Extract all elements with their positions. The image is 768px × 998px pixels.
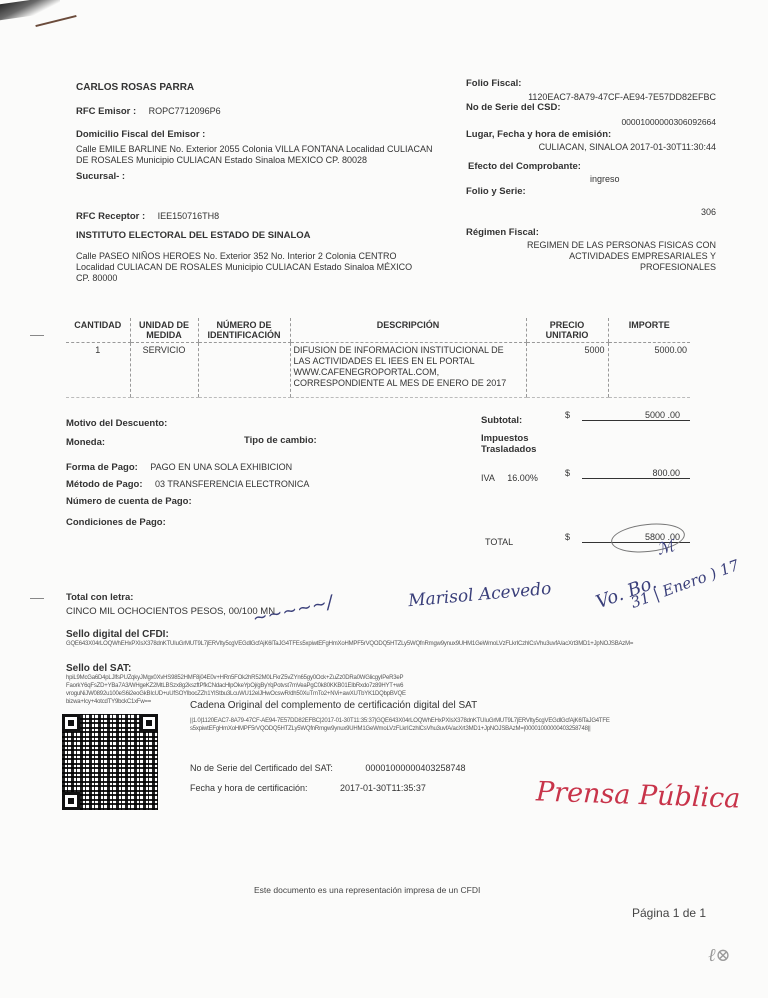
- regimen-line: ACTIVIDADES EMPRESARIALES Y: [466, 251, 716, 262]
- fecha-cert-value: 2017-01-30T11:35:37: [340, 783, 426, 793]
- footer-note: Este documento es una representación imp…: [254, 885, 480, 895]
- fecha-cert-label: Fecha y hora de certificación:: [190, 783, 308, 793]
- rfc-emisor-value: ROPC7712096P6: [149, 106, 221, 116]
- domicilio-emisor-label: Domicilio Fiscal del Emisor :: [76, 129, 446, 140]
- header-numero: NÚMERO DE IDENTIFICACIÓN: [198, 318, 290, 343]
- serie-csd-label: No de Serie del CSD:: [466, 102, 716, 113]
- regimen-line: REGIMEN DE LAS PERSONAS FISICAS CON: [466, 240, 716, 251]
- currency-symbol: $: [565, 410, 570, 420]
- header-unidad: UNIDAD DE MEDIDA: [130, 318, 198, 343]
- tipo-cambio-label: Tipo de cambio:: [244, 435, 317, 446]
- moneda-label: Moneda:: [66, 437, 105, 448]
- rfc-receptor-label: RFC Receptor :: [76, 211, 145, 222]
- sello-sat-label: Sello del SAT:: [66, 663, 716, 674]
- cadena-value: ||1.0|1120EAC7-8A79-47CF-AE94-7E57DD82EF…: [190, 717, 610, 733]
- efecto-value: ingreso: [590, 174, 716, 184]
- regimen-value: REGIMEN DE LAS PERSONAS FISICAS CON ACTI…: [466, 240, 716, 273]
- page-number: Página 1 de 1: [632, 906, 706, 920]
- handwritten-stamp-text: Prensa Pública: [536, 776, 741, 814]
- motivo-descuento-label: Motivo del Descuento:: [66, 418, 167, 429]
- sello-cfdi-label: Sello digital del CFDI:: [66, 629, 716, 640]
- sucursal-label: Sucursal- :: [76, 171, 446, 182]
- forma-pago-row: Forma de Pago: PAGO EN UNA SOLA EXHIBICI…: [66, 457, 292, 475]
- serie-sat-label: No de Serie del Certificado del SAT:: [190, 763, 333, 773]
- forma-pago-value: PAGO EN UNA SOLA EXHIBICION: [150, 462, 292, 472]
- rfc-emisor-label: RFC Emisor :: [76, 106, 136, 117]
- header-precio: PRECIO UNITARIO: [526, 318, 608, 343]
- items-table-container: CANTIDAD UNIDAD DE MEDIDA NÚMERO DE IDEN…: [66, 318, 690, 398]
- qr-finder-pattern: [62, 714, 80, 732]
- cell-numero: [198, 343, 290, 398]
- handwritten-signature-name: Marisol Acevedo: [407, 579, 552, 611]
- rfc-receptor-value: IEE150716TH8: [158, 211, 220, 221]
- iva-row: IVA 16.00% $ 800.00: [481, 468, 701, 488]
- folio-fiscal-label: Folio Fiscal:: [466, 78, 716, 89]
- currency-symbol: $: [565, 468, 570, 478]
- metodo-pago-row: Método de Pago: 03 TRANSFERENCIA ELECTRO…: [66, 474, 309, 492]
- cell-precio: 5000: [526, 343, 608, 398]
- total-letra-label: Total con letra:: [66, 592, 133, 603]
- cuenta-pago-label: Número de cuenta de Pago:: [66, 496, 192, 507]
- fiscal-section: Folio Fiscal: 1120EAC7-8A79-47CF-AE94-7E…: [466, 78, 716, 273]
- cadena-title: Cadena Original del complemento de certi…: [190, 700, 730, 711]
- sello-cfdi-section: Sello digital del CFDI: GQE643X04rLOQWhE…: [66, 629, 716, 648]
- margin-mark: [30, 335, 44, 336]
- receptor-name: INSTITUTO ELECTORAL DEL ESTADO DE SINALO…: [76, 230, 446, 241]
- scan-corner-shadow: [0, 0, 60, 20]
- serie-sat-value: 00001000000403258748: [365, 763, 465, 773]
- lugar-fecha-value: CULIACAN, SINALOA 2017-01-30T11:30:44: [466, 142, 716, 152]
- pen-mark: [35, 15, 76, 27]
- total-label: TOTAL: [485, 537, 513, 547]
- forma-pago-label: Forma de Pago:: [66, 462, 138, 473]
- cell-cantidad: 1: [66, 343, 130, 398]
- metodo-pago-value: 03 TRANSFERENCIA ELECTRONICA: [155, 479, 309, 489]
- receptor-domicilio: Calle PASEO NIÑOS HEROES No. Exterior 35…: [76, 251, 426, 284]
- regimen-line: PROFESIONALES: [466, 262, 716, 273]
- iva-rate: 16.00%: [507, 473, 538, 483]
- iva-label: IVA: [481, 473, 495, 483]
- header-descripcion: DESCRIPCIÓN: [290, 318, 526, 343]
- table-row: 1 SERVICIO DIFUSION DE INFORMACION INSTI…: [66, 343, 690, 398]
- items-table: CANTIDAD UNIDAD DE MEDIDA NÚMERO DE IDEN…: [66, 318, 690, 398]
- impuestos-label: Impuestos Trasladados: [481, 433, 541, 455]
- handwritten-corner-mark: ℓ⊗: [708, 945, 731, 966]
- handwritten-signature-scribble: ~~~~~∕: [251, 592, 335, 629]
- metodo-pago-label: Método de Pago:: [66, 479, 143, 490]
- header-cantidad: CANTIDAD: [66, 318, 130, 343]
- emisor-name: CARLOS ROSAS PARRA: [76, 82, 446, 93]
- header-importe: IMPORTE: [608, 318, 690, 343]
- serie-csd-value: 00001000000306092664: [466, 117, 716, 127]
- subtotal-label: Subtotal:: [481, 415, 522, 426]
- lugar-fecha-label: Lugar, Fecha y hora de emisión:: [466, 129, 716, 140]
- subtotal-row: Subtotal: $ 5000 .00: [481, 410, 701, 430]
- cell-unidad: SERVICIO: [130, 343, 198, 398]
- totals-section: Subtotal: $ 5000 .00 Impuestos Trasladad…: [481, 410, 701, 552]
- folio-fiscal-value: 1120EAC7-8A79-47CF-AE94-7E57DD82EFBC: [466, 92, 716, 102]
- regimen-label: Régimen Fiscal:: [466, 227, 716, 238]
- currency-symbol: $: [565, 532, 570, 542]
- cell-importe: 5000.00: [608, 343, 690, 398]
- cadena-section: Cadena Original del complemento de certi…: [190, 700, 730, 733]
- efecto-label: Efecto del Comprobante:: [468, 161, 716, 172]
- subtotal-value: 5000 .00: [582, 410, 690, 421]
- total-letra-value: CINCO MIL OCHOCIENTOS PESOS, 00/100 MN: [66, 606, 275, 617]
- cell-descripcion: DIFUSION DE INFORMACION INSTITUCIONAL DE…: [290, 343, 526, 398]
- serie-sat-row: No de Serie del Certificado del SAT: 000…: [190, 758, 465, 776]
- iva-value: 800.00: [582, 468, 690, 479]
- sello-cfdi-value: GQE643X04rLOQWhEHxPXIsX378dnKTUIuGrMUT9L…: [66, 640, 706, 648]
- emisor-section: CARLOS ROSAS PARRA RFC Emisor : ROPC7712…: [76, 82, 446, 182]
- folio-serie-value: 306: [466, 207, 716, 217]
- fecha-cert-row: Fecha y hora de certificación: 2017-01-3…: [190, 778, 426, 796]
- receptor-section: RFC Receptor : IEE150716TH8 INSTITUTO EL…: [76, 206, 446, 284]
- folio-serie-label: Folio y Serie:: [466, 186, 716, 197]
- margin-mark: [30, 598, 44, 599]
- condiciones-pago-label: Condiciones de Pago:: [66, 517, 166, 528]
- qr-finder-pattern: [62, 792, 80, 810]
- items-table-header: CANTIDAD UNIDAD DE MEDIDA NÚMERO DE IDEN…: [66, 318, 690, 343]
- domicilio-emisor-value: Calle EMILE BARLINE No. Exterior 2055 Co…: [76, 144, 436, 166]
- qr-finder-pattern: [140, 714, 158, 732]
